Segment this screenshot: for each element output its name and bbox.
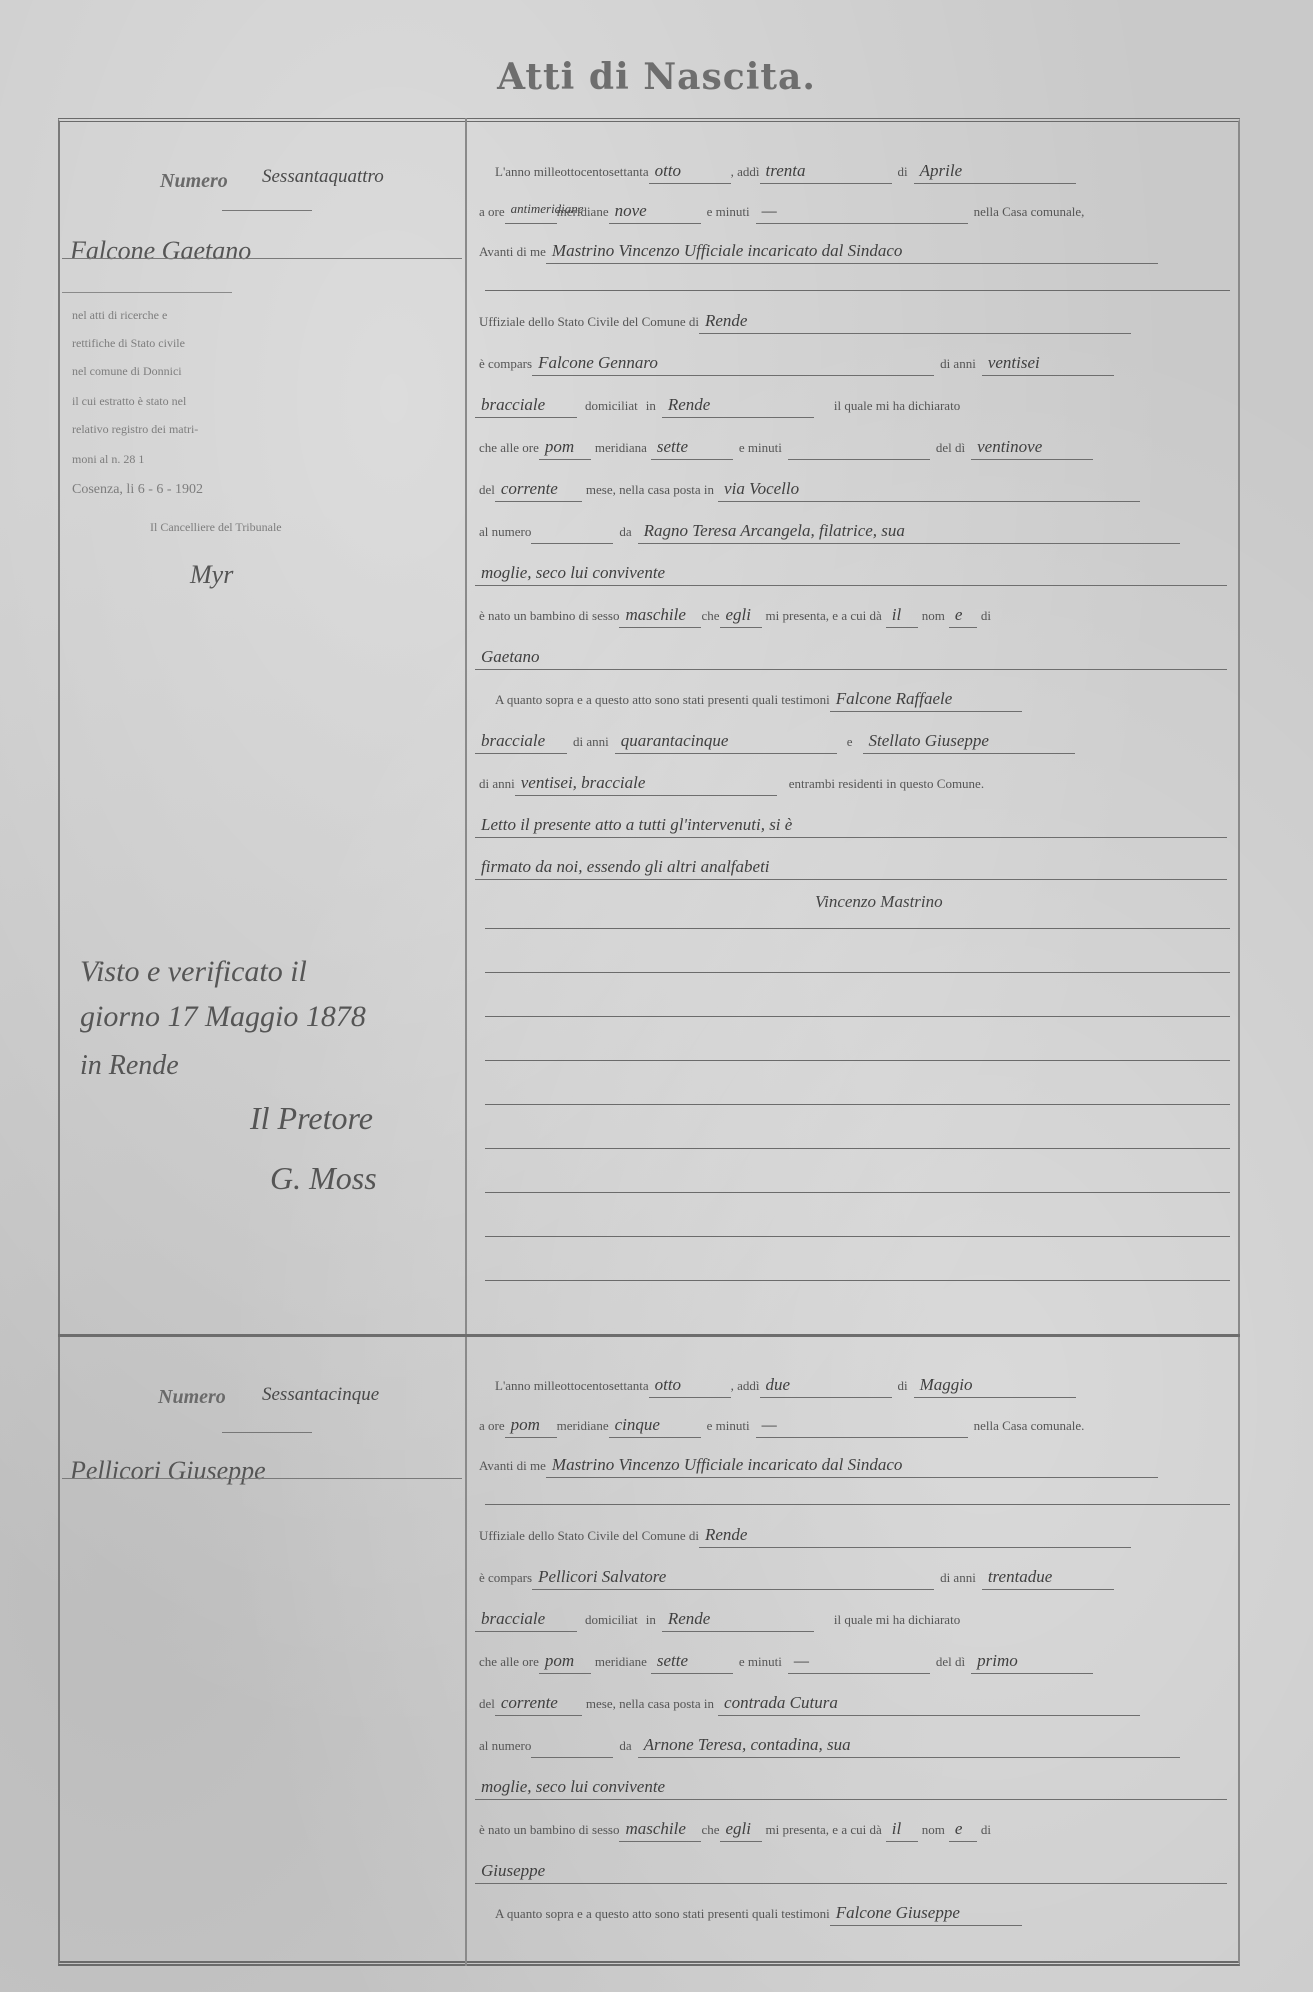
blank-rule <box>485 290 1230 291</box>
pretore-signature: G. Moss <box>270 1160 377 1197</box>
annotation-line: moni al n. 28 1 <box>72 452 144 467</box>
form-line-child-name: Giuseppe <box>475 1850 1235 1884</box>
short-rule <box>62 292 232 293</box>
form-line-numero: al numero da Ragno Teresa Arcangela, fil… <box>475 510 1235 544</box>
numero-value: Sessantaquattro <box>262 166 384 188</box>
form-line-comparso: è compars Pellicori Salvatore di anni tr… <box>475 1556 1235 1590</box>
form-line-witness1: bracciale di anni quarantacinque e Stell… <box>475 720 1235 754</box>
name-underline <box>62 258 462 259</box>
form-line-year: L'anno milleottocentosettanta otto , add… <box>475 150 1235 184</box>
form-line-year: L'anno milleottocentosettanta otto , add… <box>475 1364 1235 1398</box>
form-line-domicilio: bracciale domiciliat in Rende il quale m… <box>475 1598 1235 1632</box>
record-divider <box>58 1334 1240 1337</box>
form-line-nato: è nato un bambino di sesso maschile che … <box>475 1808 1235 1842</box>
form-line-domicilio: bracciale domiciliat in Rende il quale m… <box>475 384 1235 418</box>
annotation-date: Cosenza, li 6 - 6 - 1902 <box>72 482 203 498</box>
form-line-casa: del corrente mese, nella casa posta in v… <box>475 468 1235 502</box>
form-line-comune: Uffiziale dello Stato Civile del Comune … <box>475 300 1235 334</box>
blank-rule <box>485 1280 1230 1281</box>
blank-rule <box>485 1236 1230 1237</box>
cancelliere-label: Il Cancelliere del Tribunale <box>150 520 282 535</box>
form-line-nato: è nato un bambino di sesso maschile che … <box>475 594 1235 628</box>
blank-rule <box>485 1104 1230 1105</box>
margin-name: Pellicori Giuseppe <box>70 1456 266 1486</box>
visto-line: Visto e verificato il <box>80 955 307 989</box>
numero-underline <box>222 1432 312 1433</box>
cancelliere-signature: Myr <box>190 560 233 590</box>
blank-rule <box>485 1060 1230 1061</box>
form-line-letto: Letto il presente atto a tutti gl'interv… <box>475 804 1235 838</box>
blank-rule <box>485 1016 1230 1017</box>
form-line-ore: che alle ore pom meridiane sette e minut… <box>475 1640 1235 1674</box>
annotation-line: relativo registro dei matri- <box>72 422 198 437</box>
blank-rule <box>485 972 1230 973</box>
blank-rule <box>485 1192 1230 1193</box>
form-line-testimoni: A quanto sopra e a questo atto sono stat… <box>475 678 1235 712</box>
blank-rule <box>485 1148 1230 1149</box>
numero-label: Numero <box>160 170 228 193</box>
form-line-comune: Uffiziale dello Stato Civile del Comune … <box>475 1514 1235 1548</box>
form-line-numero: al numero da Arnone Teresa, contadina, s… <box>475 1724 1235 1758</box>
visto-line: giorno 17 Maggio 1878 <box>80 1000 366 1034</box>
numero-value: Sessantacinque <box>262 1384 379 1406</box>
pretore-label: Il Pretore <box>250 1100 373 1137</box>
form-line-testimoni: A quanto sopra e a questo atto sono stat… <box>475 1892 1235 1926</box>
annotation-line: nel comune di Donnici <box>72 364 182 379</box>
numero-label: Numero <box>158 1386 226 1409</box>
officer-signature: Vincenzo Mastrino <box>815 892 943 912</box>
visto-line: in Rende <box>80 1050 179 1082</box>
form-line-continuation: moglie, seco lui convivente <box>475 552 1235 586</box>
form-line-witness2: di anni ventisei, bracciale entrambi res… <box>475 762 1235 796</box>
form-line-child-name: Gaetano <box>475 636 1235 670</box>
form-line-hour: a ore antimeridiane meridiane nove e min… <box>475 190 1235 224</box>
form-line-avanti: Avanti di me Mastrino Vincenzo Ufficiale… <box>475 230 1235 264</box>
blank-rule <box>485 1504 1230 1505</box>
document-title: Atti di Nascita. <box>0 56 1313 98</box>
numero-underline <box>222 210 312 211</box>
annotation-line: nel atti di ricerche e <box>72 308 167 323</box>
form-line-hour: a ore pom meridiane cinque e minuti — ne… <box>475 1404 1235 1438</box>
form-line-comparso: è compars Falcone Gennaro di anni ventis… <box>475 342 1235 376</box>
name-underline <box>62 1478 462 1479</box>
blank-rule <box>485 928 1230 929</box>
annotation-line: il cui estratto è stato nel <box>72 394 186 409</box>
form-line-avanti: Avanti di me Mastrino Vincenzo Ufficiale… <box>475 1444 1235 1478</box>
column-divider <box>465 118 467 1966</box>
form-line-firmato: firmato da noi, essendo gli altri analfa… <box>475 846 1235 880</box>
annotation-line: rettifiche di Stato civile <box>72 336 185 351</box>
form-line-ore: che alle ore pom meridiana sette e minut… <box>475 426 1235 460</box>
form-line-continuation: moglie, seco lui convivente <box>475 1766 1235 1800</box>
margin-name: Falcone Gaetano <box>70 236 251 266</box>
form-line-casa: del corrente mese, nella casa posta in c… <box>475 1682 1235 1716</box>
